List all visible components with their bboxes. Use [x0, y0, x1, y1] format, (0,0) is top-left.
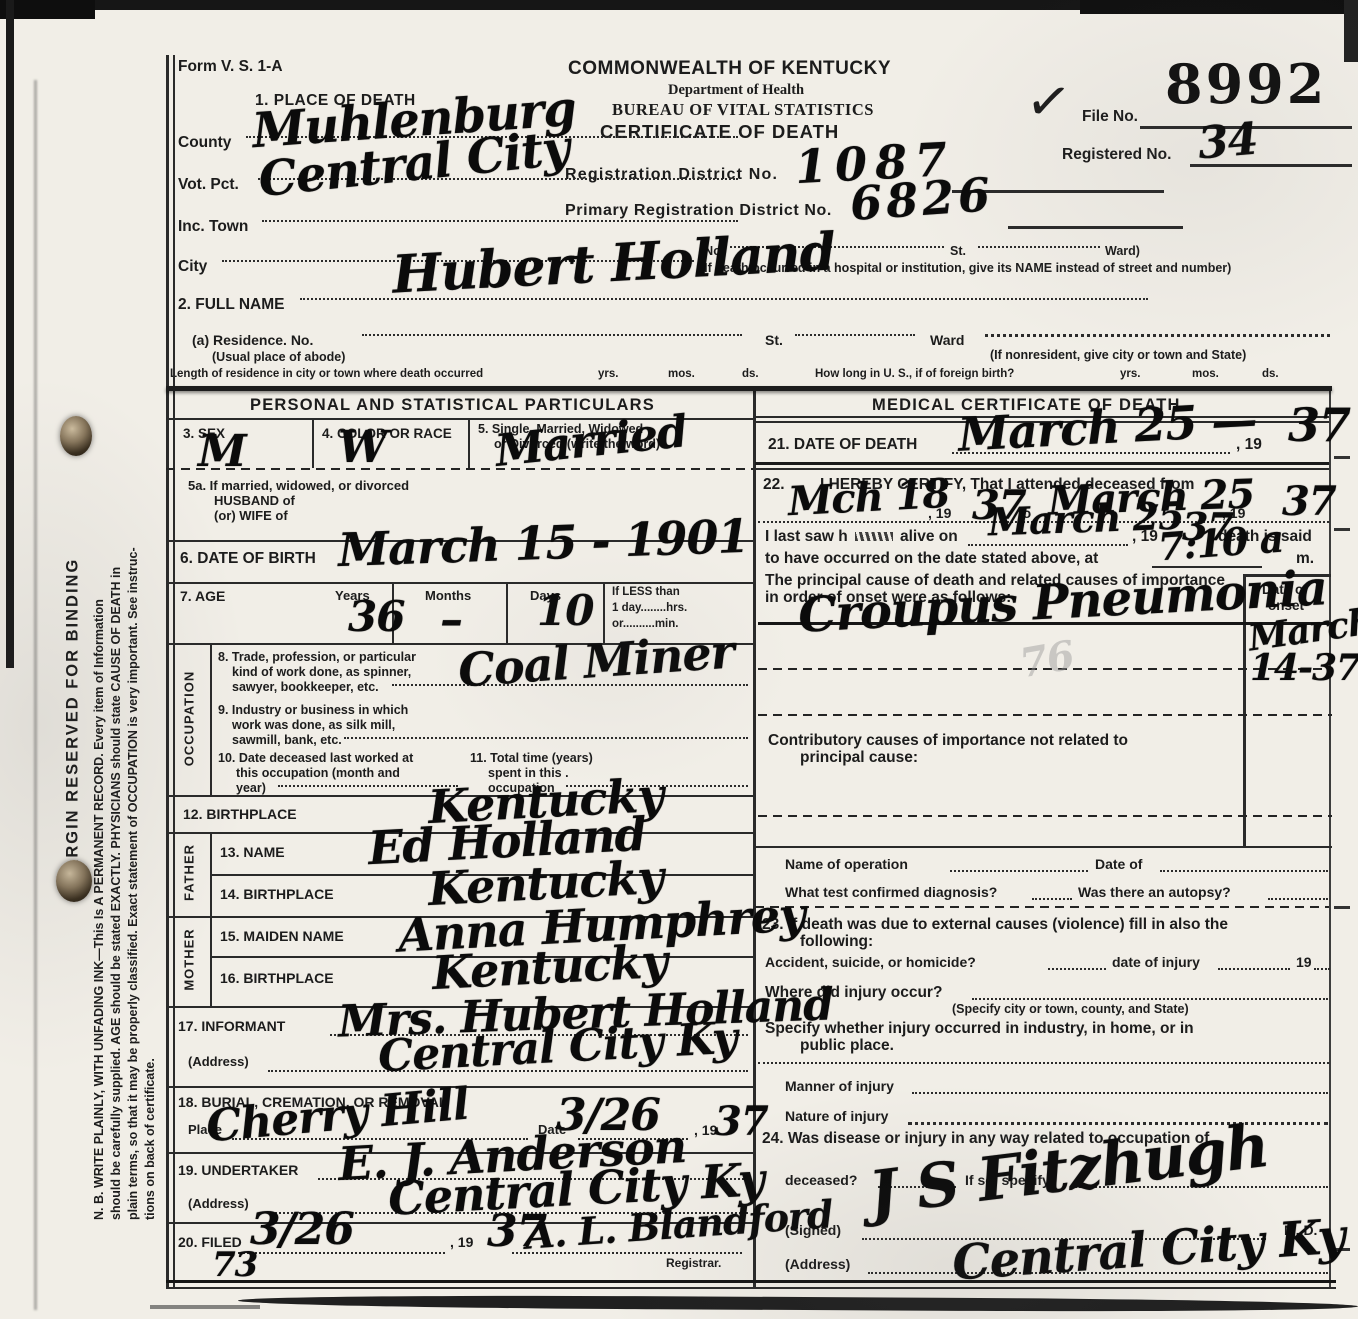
- scan-edge-left: [6, 0, 14, 668]
- occ8-label-1: 8. Trade, profession, or particular: [218, 650, 416, 664]
- inc-town-label: Inc. Town: [178, 218, 248, 236]
- margin-binding-label: MARGIN RESERVED FOR BINDING: [64, 373, 83, 1073]
- how-long-label: How long in U. S., if of foreign birth?: [815, 368, 1014, 380]
- ds2-label: ds.: [1262, 368, 1279, 380]
- form-border-bottom-outer: [166, 1280, 1336, 1283]
- filed-year-prefix: , 19: [450, 1234, 473, 1250]
- filed-note-value: 73: [212, 1248, 257, 1282]
- pencil-mark: 76: [1017, 636, 1077, 685]
- residence-ward-label: Ward: [930, 332, 964, 348]
- mos-label: mos.: [668, 368, 695, 380]
- father-birthplace-label: 14. BIRTHPLACE: [220, 886, 334, 902]
- married-of-label-3: (or) WIFE of: [214, 508, 288, 523]
- binding-rivet-bottom: [56, 860, 92, 902]
- length-residence-label: Length of residence in city or town wher…: [170, 368, 483, 380]
- undertaker-address-label: (Address): [188, 1196, 249, 1211]
- date-of-death-label: 21. DATE OF DEATH: [768, 436, 917, 454]
- manner-line: [912, 1092, 1328, 1094]
- occ8-label-3: sawyer, bookkeeper, etc.: [232, 680, 379, 694]
- test-line: [1032, 898, 1072, 900]
- scan-tick: [1334, 906, 1350, 909]
- paper-edge-shadow: [34, 80, 37, 1310]
- age-label: 7. AGE: [180, 588, 225, 604]
- mother-maiden-label: 15. MAIDEN NAME: [220, 928, 344, 944]
- primary-district-label: Primary Registration District No.: [565, 202, 832, 220]
- header-divider: [166, 386, 1332, 391]
- occ9-label-1: 9. Industry or business in which: [218, 703, 408, 717]
- street-ward-label: Ward): [1105, 244, 1140, 258]
- scan-edge-top-right: [1080, 0, 1358, 14]
- to-year-value: 37: [1282, 482, 1336, 522]
- less-than-label-2: 1 day........hrs.: [612, 602, 687, 614]
- burial-year-value: 37: [714, 1102, 768, 1142]
- dod-row-line-2: [755, 468, 1329, 470]
- physician-address-value: Central City Ky: [951, 1212, 1346, 1287]
- age-months-value: –: [440, 596, 462, 642]
- accident-label: Accident, suicide, or homicide?: [765, 954, 976, 970]
- city-label: City: [178, 258, 207, 276]
- injury-date-line: [1218, 968, 1290, 970]
- county-label: County: [178, 134, 231, 152]
- registration-district-label: Registration District No.: [565, 166, 778, 184]
- accident-line: [1048, 968, 1106, 970]
- specify-label-2: public place.: [800, 1037, 894, 1055]
- dob-label: 6. DATE OF BIRTH: [180, 550, 316, 568]
- informant-address-label: (Address): [188, 1054, 249, 1069]
- age-divider: [506, 582, 508, 643]
- primary-district-value: 6826: [849, 171, 996, 227]
- external-causes-label-2: following:: [800, 933, 873, 951]
- form-border-left-outer: [166, 55, 169, 1288]
- father-name-label: 13. NAME: [220, 844, 285, 860]
- contributory-label-1: Contributory causes of importance not re…: [768, 732, 1128, 750]
- form-border-left-inner: [173, 55, 175, 1288]
- department-subtitle: Department of Health: [668, 82, 804, 99]
- birthplace-label: 12. BIRTHPLACE: [183, 806, 297, 822]
- residence-label: (a) Residence. No.: [192, 332, 313, 348]
- dod-row-line-1: [755, 462, 1329, 465]
- row-line: [166, 582, 753, 584]
- mother-side-label: MOTHER: [182, 915, 197, 1005]
- occupation-cell-divider: [210, 645, 212, 795]
- primary-district-line: [1008, 226, 1183, 229]
- margin-note-line2: should be carefully supplied. AGE should…: [108, 270, 125, 1220]
- street-st-line: [978, 246, 1100, 248]
- dob-value: March 15 - 1901: [337, 513, 749, 573]
- occ9-label-2: work was done, as silk mill,: [232, 718, 395, 732]
- dod-year-value: 37: [1288, 402, 1350, 448]
- undertaker-label: 19. UNDERTAKER: [178, 1162, 298, 1178]
- margin-note-line4: tions on back of certificate.: [142, 270, 159, 1220]
- father-mother-cell-divider: [210, 832, 212, 1006]
- signed-address-label: (Address): [785, 1256, 850, 1272]
- street-st-label: St.: [950, 244, 966, 258]
- residence-ward-line: [985, 334, 1330, 337]
- married-of-label-2: HUSBAND of: [214, 493, 295, 508]
- last-saw-line: [968, 544, 1128, 546]
- commonwealth-title: COMMONWEALTH OF KENTUCKY: [568, 58, 891, 80]
- where-injury-line: [972, 998, 1328, 1000]
- file-no-label: File No.: [1082, 108, 1138, 126]
- last-saw-label-2: alive on: [900, 528, 958, 546]
- binding-rivet-top: [60, 416, 92, 456]
- vot-pct-label: Vot. Pct.: [178, 176, 239, 194]
- age-days-value: 10: [537, 590, 593, 632]
- onset-day-value: 14-37: [1250, 650, 1358, 686]
- residence-no-line: [362, 334, 742, 336]
- section-line: [755, 906, 1329, 908]
- race-marital-divider: [468, 418, 470, 468]
- registered-no-value: 34: [1196, 118, 1259, 167]
- sex-row-line: [166, 468, 753, 470]
- specify-line: [758, 1062, 1329, 1064]
- date-of-death-value: March 25 —: [957, 396, 1257, 458]
- scan-edge-bottom: [238, 1294, 1358, 1313]
- yrs2-label: yrs.: [1120, 368, 1140, 380]
- father-side-label: FATHER: [182, 828, 197, 918]
- residence-st-line: [795, 334, 915, 336]
- inc-town-line: [262, 220, 738, 222]
- deceased-label: deceased?: [785, 1172, 857, 1188]
- sex-race-divider: [312, 418, 314, 468]
- ds-label: ds.: [742, 368, 759, 380]
- test-label: What test confirmed diagnosis?: [785, 884, 997, 900]
- specify-city-note: (Specify city or town, county, and State…: [952, 1002, 1189, 1016]
- scratched-word: [855, 532, 893, 541]
- injury-date-label: date of injury: [1112, 954, 1200, 970]
- operation-date-line: [1160, 870, 1328, 872]
- operation-label: Name of operation: [785, 856, 908, 872]
- occ10-label-2: this occupation (month and: [236, 766, 400, 780]
- last-saw-date-value: March 25: [987, 497, 1184, 542]
- full-name-label: 2. FULL NAME: [178, 296, 285, 314]
- residence-st-label: St.: [765, 332, 783, 348]
- form-number-label: Form V. S. 1-A: [178, 58, 283, 76]
- external-causes-label-1: 23. If death was due to external causes …: [762, 916, 1228, 934]
- occ9-line: [344, 737, 748, 739]
- form-border-bottom-inner: [166, 1287, 1336, 1289]
- mother-birthplace-label: 16. BIRTHPLACE: [220, 970, 334, 986]
- informant-label: 17. INFORMANT: [178, 1018, 285, 1034]
- registered-no-label: Registered No.: [1062, 146, 1171, 164]
- certify-number: 22.: [763, 476, 785, 494]
- full-name-value: Hubert Holland: [391, 226, 836, 301]
- certificate-serial-number: 8992: [1165, 52, 1327, 116]
- occ10-label-1: 10. Date deceased last worked at: [218, 751, 413, 765]
- attended-from-value: Mch 18: [787, 474, 950, 522]
- margin-note-line3: plain terms, so that it may be properly …: [125, 270, 142, 1220]
- bureau-subtitle: BUREAU OF VITAL STATISTICS: [612, 100, 874, 120]
- cause-line: [758, 815, 1332, 817]
- occ9-label-3: sawmill, bank, etc.: [232, 733, 342, 747]
- personal-title: PERSONAL AND STATISTICAL PARTICULARS: [250, 396, 655, 415]
- injury-19-line: [1314, 968, 1330, 970]
- scan-edge-right: [1344, 0, 1358, 62]
- death-certificate-scan: MARGIN RESERVED FOR BINDING N. B. WRITE …: [0, 0, 1358, 1319]
- scan-tick: [1334, 456, 1350, 459]
- autopsy-label: Was there an autopsy?: [1078, 884, 1231, 900]
- scan-tick: [1334, 528, 1350, 531]
- checkmark-icon: ✓: [1022, 67, 1076, 136]
- margin-note-line1: N. B. WRITE PLAINLY, WITH UNFADING INK—T…: [91, 270, 108, 1220]
- married-of-label-1: 5a. If married, widowed, or divorced: [188, 478, 409, 493]
- age-years-value: 36: [348, 596, 404, 638]
- occ8-label-2: kind of work done, as spinner,: [232, 665, 411, 679]
- margin-instructions: N. B. WRITE PLAINLY, WITH UNFADING INK—T…: [91, 270, 159, 1220]
- race-value: W: [338, 426, 386, 470]
- scan-edge-bottom-tail: [150, 1305, 260, 1309]
- cause-line: [758, 714, 1332, 716]
- occ10-label-3: year): [236, 781, 266, 795]
- registrar-label: Registrar.: [666, 1256, 721, 1270]
- contributory-label-2: principal cause:: [800, 749, 918, 767]
- autopsy-line: [1268, 898, 1328, 900]
- mos2-label: mos.: [1192, 368, 1219, 380]
- abode-note: (Usual place of abode): [212, 350, 345, 364]
- operation-date-label: Date of: [1095, 856, 1142, 872]
- nature-of-injury-label: Nature of injury: [785, 1108, 888, 1124]
- yrs-label: yrs.: [598, 368, 618, 380]
- occurred-time-value: 7:10 a: [1157, 520, 1285, 567]
- scan-edge-corner: [0, 0, 95, 19]
- filed-date-value: 3/26: [250, 1208, 354, 1252]
- injury-19-label: 19: [1296, 954, 1312, 970]
- manner-of-injury-label: Manner of injury: [785, 1078, 894, 1094]
- less-than-label-1: If LESS than: [612, 586, 680, 598]
- cause-bottom-line: [755, 846, 1332, 848]
- occurred-label: to have occurred on the date stated abov…: [765, 550, 1098, 568]
- last-saw-label-1: I last saw h: [765, 528, 848, 546]
- operation-line: [950, 870, 1088, 872]
- sex-value: M: [198, 430, 246, 474]
- occupation-side-label: OCCUPATION: [182, 649, 197, 789]
- nonresident-note: (If nonresident, give city or town and S…: [990, 348, 1246, 362]
- occ11-label-1: 11. Total time (years): [470, 751, 593, 765]
